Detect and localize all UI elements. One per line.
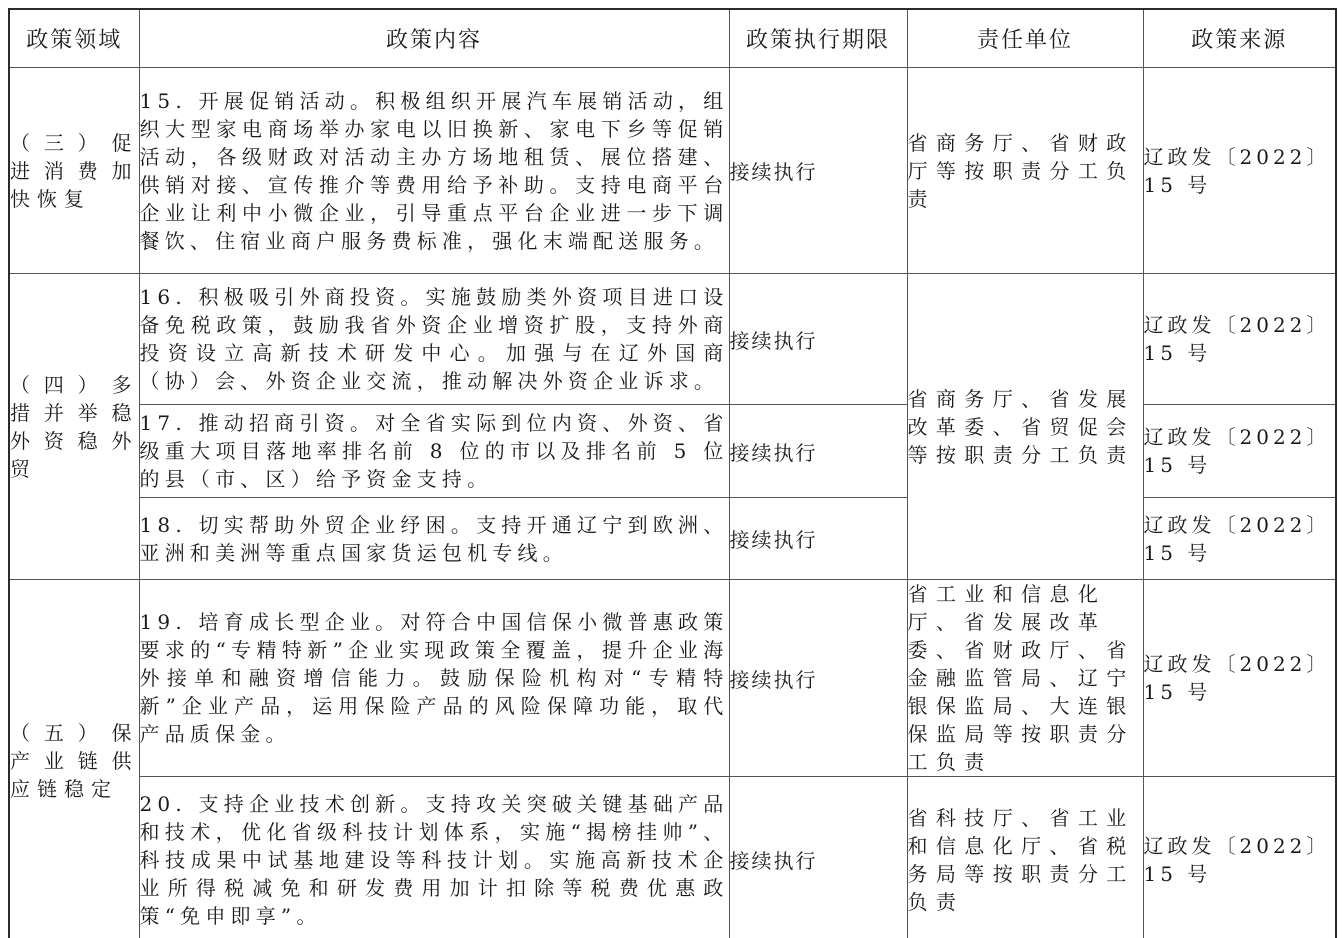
responsible-unit-text: 省科技厅、省工业和信息化厅、省税务局等按职责分工负责 — [908, 804, 1143, 916]
header-row: 政策领域 政策内容 政策执行期限 责任单位 政策来源 — [9, 9, 1336, 68]
policy-content-text: 20. 支持企业技术创新。支持攻关突破关键基础产品和技术，优化省级科技计划体系，… — [140, 790, 729, 930]
table-row: （三）促进消费加快恢复 15. 开展促销活动。积极组织开展汽车展销活动，组织大型… — [9, 68, 1336, 274]
table-row: （五）保产业链供应链稳定 19. 培育成长型企业。对符合中国信保小微普惠政策要求… — [9, 580, 1336, 777]
responsible-unit-cell: 省商务厅、省财政厅等按职责分工负责 — [907, 68, 1143, 274]
header-policy-source: 政策来源 — [1143, 9, 1336, 68]
execution-period-text: 接续执行 — [730, 524, 907, 553]
policy-area-label: （五）保产业链供应链稳定 — [10, 719, 139, 803]
table-row: 20. 支持企业技术创新。支持攻关突破关键基础产品和技术，优化省级科技计划体系，… — [9, 777, 1336, 938]
execution-period-cell: 接续执行 — [729, 777, 907, 938]
policy-area-label: （四）多措并举稳外资稳外贸 — [10, 371, 139, 483]
policy-area-cell: （五）保产业链供应链稳定 — [9, 580, 139, 938]
policy-content-cell: 20. 支持企业技术创新。支持攻关突破关键基础产品和技术，优化省级科技计划体系，… — [139, 777, 729, 938]
policy-content-cell: 17. 推动招商引资。对全省实际到位内资、外资、省级重大项目落地率排名前 8 位… — [139, 405, 729, 498]
policy-source-cell: 辽政发〔2022〕15 号 — [1143, 274, 1336, 405]
policy-source-cell: 辽政发〔2022〕15 号 — [1143, 405, 1336, 498]
responsible-unit-cell: 省商务厅、省发展改革委、省贸促会等按职责分工负责 — [907, 274, 1143, 580]
policy-source-text: 辽政发〔2022〕15 号 — [1144, 832, 1336, 888]
header-policy-area: 政策领域 — [9, 9, 139, 68]
policy-content-text: 16. 积极吸引外商投资。实施鼓励类外资项目进口设备免税政策，鼓励我省外资企业增… — [140, 283, 729, 395]
policy-content-text: 15. 开展促销活动。积极组织开展汽车展销活动，组织大型家电商场举办家电以旧换新… — [140, 87, 729, 255]
policy-area-label: （三）促进消费加快恢复 — [10, 129, 139, 213]
responsible-unit-text: 省商务厅、省发展改革委、省贸促会等按职责分工负责 — [908, 385, 1143, 469]
policy-content-text: 17. 推动招商引资。对全省实际到位内资、外资、省级重大项目落地率排名前 8 位… — [140, 409, 729, 493]
execution-period-text: 接续执行 — [730, 664, 907, 693]
policy-source-text: 辽政发〔2022〕15 号 — [1144, 311, 1336, 367]
policy-source-text: 辽政发〔2022〕15 号 — [1144, 143, 1336, 199]
execution-period-text: 接续执行 — [730, 845, 907, 874]
policy-table: 政策领域 政策内容 政策执行期限 责任单位 政策来源 （三）促进消费加快恢复 1… — [8, 8, 1337, 938]
execution-period-cell: 接续执行 — [729, 580, 907, 777]
execution-period-text: 接续执行 — [730, 325, 907, 354]
execution-period-cell: 接续执行 — [729, 498, 907, 580]
execution-period-cell: 接续执行 — [729, 68, 907, 274]
responsible-unit-text: 省商务厅、省财政厅等按职责分工负责 — [908, 129, 1143, 213]
responsible-unit-text: 省工业和信息化厅、省发展改革委、省财政厅、省金融监管局、辽宁银保监局、大连银保监… — [908, 580, 1143, 776]
execution-period-cell: 接续执行 — [729, 274, 907, 405]
policy-source-cell: 辽政发〔2022〕15 号 — [1143, 580, 1336, 777]
policy-content-cell: 16. 积极吸引外商投资。实施鼓励类外资项目进口设备免税政策，鼓励我省外资企业增… — [139, 274, 729, 405]
header-execution-period: 政策执行期限 — [729, 9, 907, 68]
policy-source-text: 辽政发〔2022〕15 号 — [1144, 511, 1336, 567]
policy-content-cell: 18. 切实帮助外贸企业纾困。支持开通辽宁到欧洲、亚洲和美洲等重点国家货运包机专… — [139, 498, 729, 580]
policy-content-text: 19. 培育成长型企业。对符合中国信保小微普惠政策要求的“专精特新”企业实现政策… — [140, 608, 729, 748]
header-responsible-unit: 责任单位 — [907, 9, 1143, 68]
policy-area-cell: （三）促进消费加快恢复 — [9, 68, 139, 274]
header-policy-content: 政策内容 — [139, 9, 729, 68]
policy-content-text: 18. 切实帮助外贸企业纾困。支持开通辽宁到欧洲、亚洲和美洲等重点国家货运包机专… — [140, 511, 729, 567]
policy-source-text: 辽政发〔2022〕15 号 — [1144, 650, 1336, 706]
policy-source-text: 辽政发〔2022〕15 号 — [1144, 423, 1336, 479]
execution-period-cell: 接续执行 — [729, 405, 907, 498]
policy-area-cell: （四）多措并举稳外资稳外贸 — [9, 274, 139, 580]
policy-content-cell: 19. 培育成长型企业。对符合中国信保小微普惠政策要求的“专精特新”企业实现政策… — [139, 580, 729, 777]
policy-source-cell: 辽政发〔2022〕15 号 — [1143, 68, 1336, 274]
responsible-unit-cell: 省科技厅、省工业和信息化厅、省税务局等按职责分工负责 — [907, 777, 1143, 938]
execution-period-text: 接续执行 — [730, 437, 907, 466]
policy-source-cell: 辽政发〔2022〕15 号 — [1143, 777, 1336, 938]
policy-source-cell: 辽政发〔2022〕15 号 — [1143, 498, 1336, 580]
execution-period-text: 接续执行 — [730, 156, 907, 185]
policy-content-cell: 15. 开展促销活动。积极组织开展汽车展销活动，组织大型家电商场举办家电以旧换新… — [139, 68, 729, 274]
table-row: （四）多措并举稳外资稳外贸 16. 积极吸引外商投资。实施鼓励类外资项目进口设备… — [9, 274, 1336, 405]
responsible-unit-cell: 省工业和信息化厅、省发展改革委、省财政厅、省金融监管局、辽宁银保监局、大连银保监… — [907, 580, 1143, 777]
